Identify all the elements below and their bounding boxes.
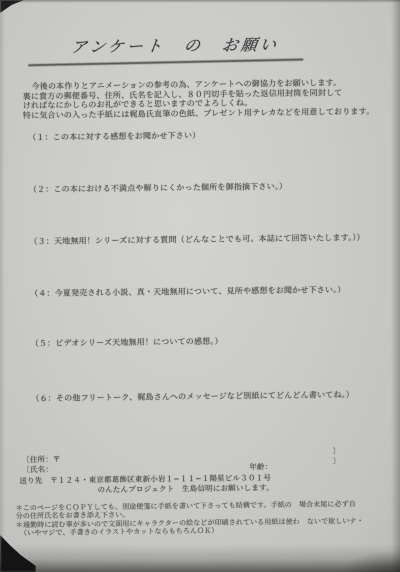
scanned-questionnaire-page: アンケート の お願い 今後の本作りとアニメーションの参考の為、アンケートへの御… xyxy=(0,0,400,572)
send-to-recipient-line: のんたんプロジェクト 生島信明にお願いします。 xyxy=(97,482,273,495)
page-content: アンケート の お願い 今後の本作りとアニメーションの参考の為、アンケートへの御… xyxy=(0,0,400,572)
closing-bracket: 〕 xyxy=(333,456,340,466)
title-underline xyxy=(28,59,303,67)
question-item-6: （６：その他フリートーク、梶島さんへのメッセージなど別紙にてどんどん書いてね。） xyxy=(31,389,354,404)
name-field-label: 〔氏名： xyxy=(22,464,53,475)
question-item-5: （５：ビデオシリーズ天地無用！についての感想。） xyxy=(31,336,223,349)
question-item-4: （４：今夏発売される小説、真・天地無用について、見所や感想をお聞かせ下さい。） xyxy=(30,284,346,299)
note-line: （いやマジで、手書きのイラストやカットならもちろんＯＫ） xyxy=(20,526,218,538)
intro-paragraph: 今後の本作りとアニメーションの参考の為、アンケートへの御協力をお願いします。 裏… xyxy=(22,78,380,121)
page-title: アンケート の お願い xyxy=(70,32,281,58)
closing-bracket: 〕 xyxy=(333,446,340,456)
question-item-1: （１：この本に対する感想をお聞かせ下さい） xyxy=(28,130,200,143)
scan-corner-shadow-bottom-right xyxy=(340,550,400,572)
question-item-2: （２：この本における不満点や解りにくかった個所を御指摘下さい。） xyxy=(29,181,288,195)
age-field-label: 年齢： xyxy=(249,461,272,472)
question-item-3: （３：天地無用！シリーズに対する質問（どんなことでも可。本誌にて回答いたします。… xyxy=(29,232,364,247)
